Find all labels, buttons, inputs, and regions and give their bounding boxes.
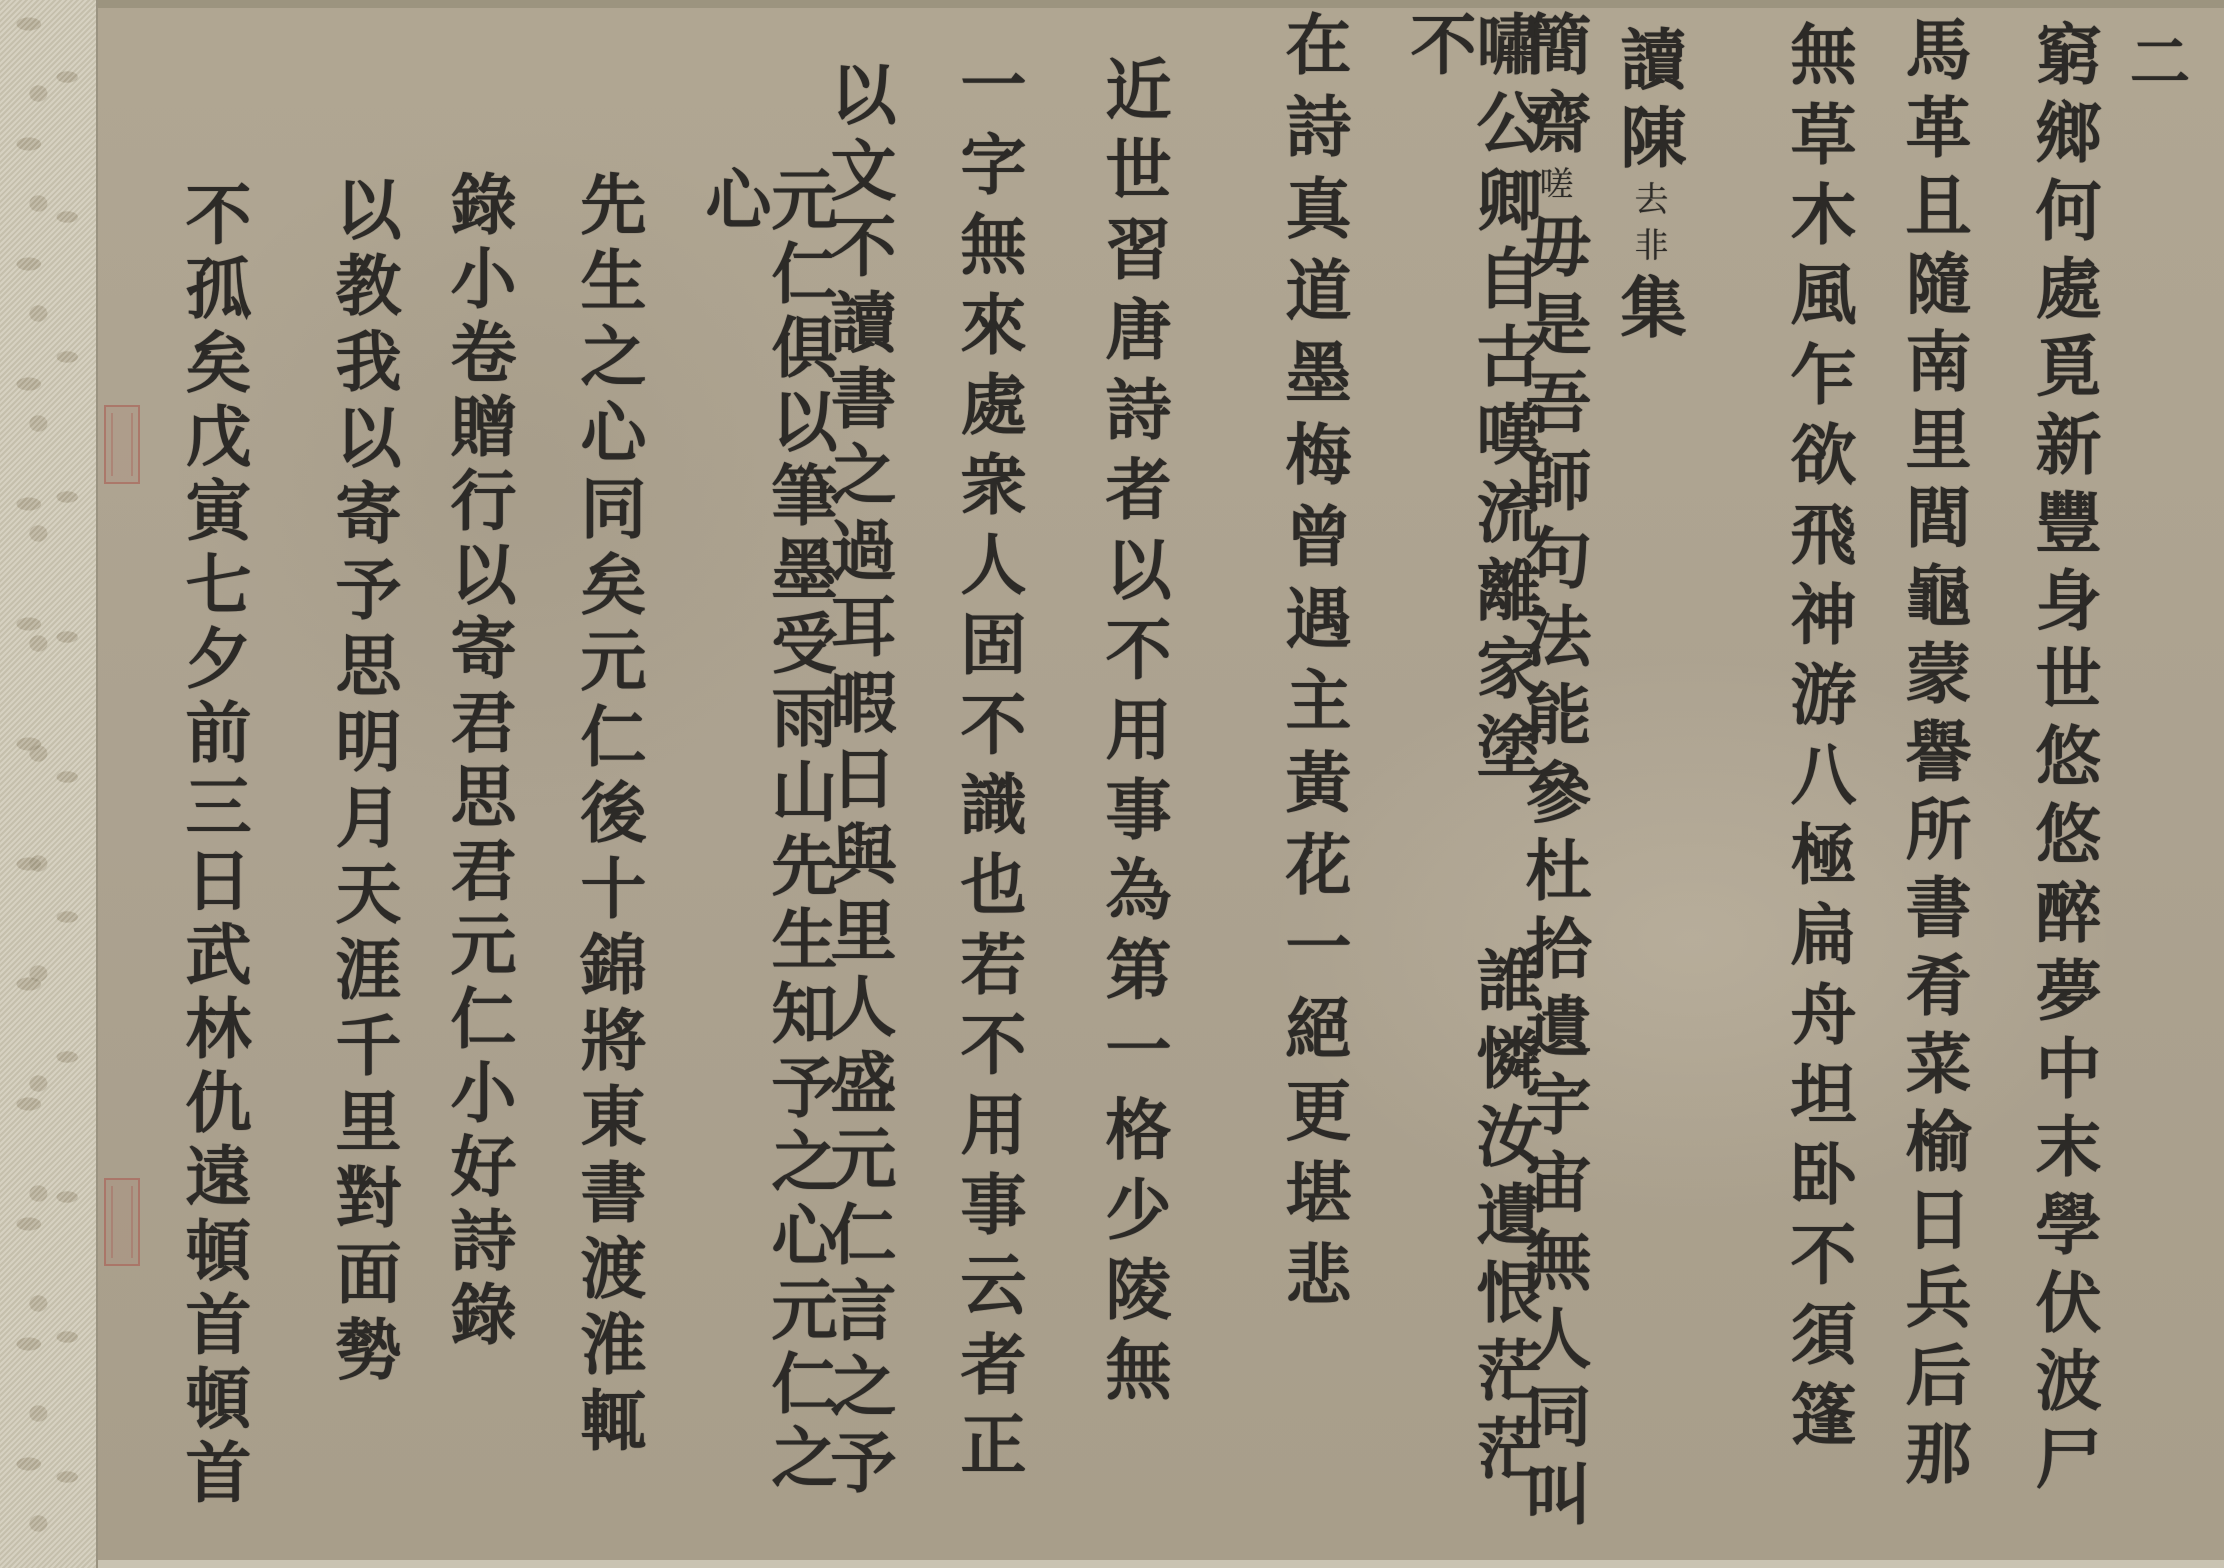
column-9: 一字無來處衆人固不識也若不用事云者正 (955, 50, 1021, 1490)
scroll-bottom-edge (98, 1560, 2224, 1568)
brocade-mounting (0, 0, 98, 1568)
title-name-small: 去非 (1628, 181, 1668, 273)
title-suffix: 集 (1609, 273, 1687, 351)
column-8: 近世習唐詩者以不用事為第一格少陵無 (1100, 55, 1166, 1415)
column-4-title: 讀陳去非集 (1615, 25, 1681, 351)
red-seal-2 (104, 1178, 140, 1266)
column-11: 元仁俱以筆墨受雨山先生知予之心元仁之心 (700, 165, 832, 1568)
column-14: 以教我以寄予思明月天涯千里對面勢 (330, 175, 396, 1391)
red-seal-1 (104, 405, 140, 484)
column-6: 嘯公卿自古嘆流離家塗𤕤𤕤誰憐汝遺恨茫茫不 (1405, 10, 1537, 1568)
column-0-numeral: 二 (2125, 30, 2185, 102)
column-1: 窮鄉何處覓新豐身世悠悠醉夢中末學伏波尸 (2030, 20, 2096, 1502)
title-text: 讀陳 (1609, 25, 1687, 181)
column-2: 馬革且隨南里閭龜蒙譽所書肴菜榆日兵后那 (1900, 15, 1966, 1497)
column-15-signature: 不孤矣戊寅七夕前三日武林仇遠頓首頓首 (180, 180, 246, 1512)
column-7: 在詩真道墨梅曾遇主黃花一絕更堪悲 (1280, 10, 1346, 1322)
column-3: 無草木風乍欲飛神游八極扁舟坦卧不須篷 (1785, 20, 1851, 1460)
scroll-top-edge (98, 0, 2224, 8)
column-13: 錄小卷贈行以寄君思君元仁小好詩錄 (445, 170, 511, 1354)
column-12: 先生之心同矣元仁後十錦將東書渡淮輒 (575, 170, 641, 1462)
